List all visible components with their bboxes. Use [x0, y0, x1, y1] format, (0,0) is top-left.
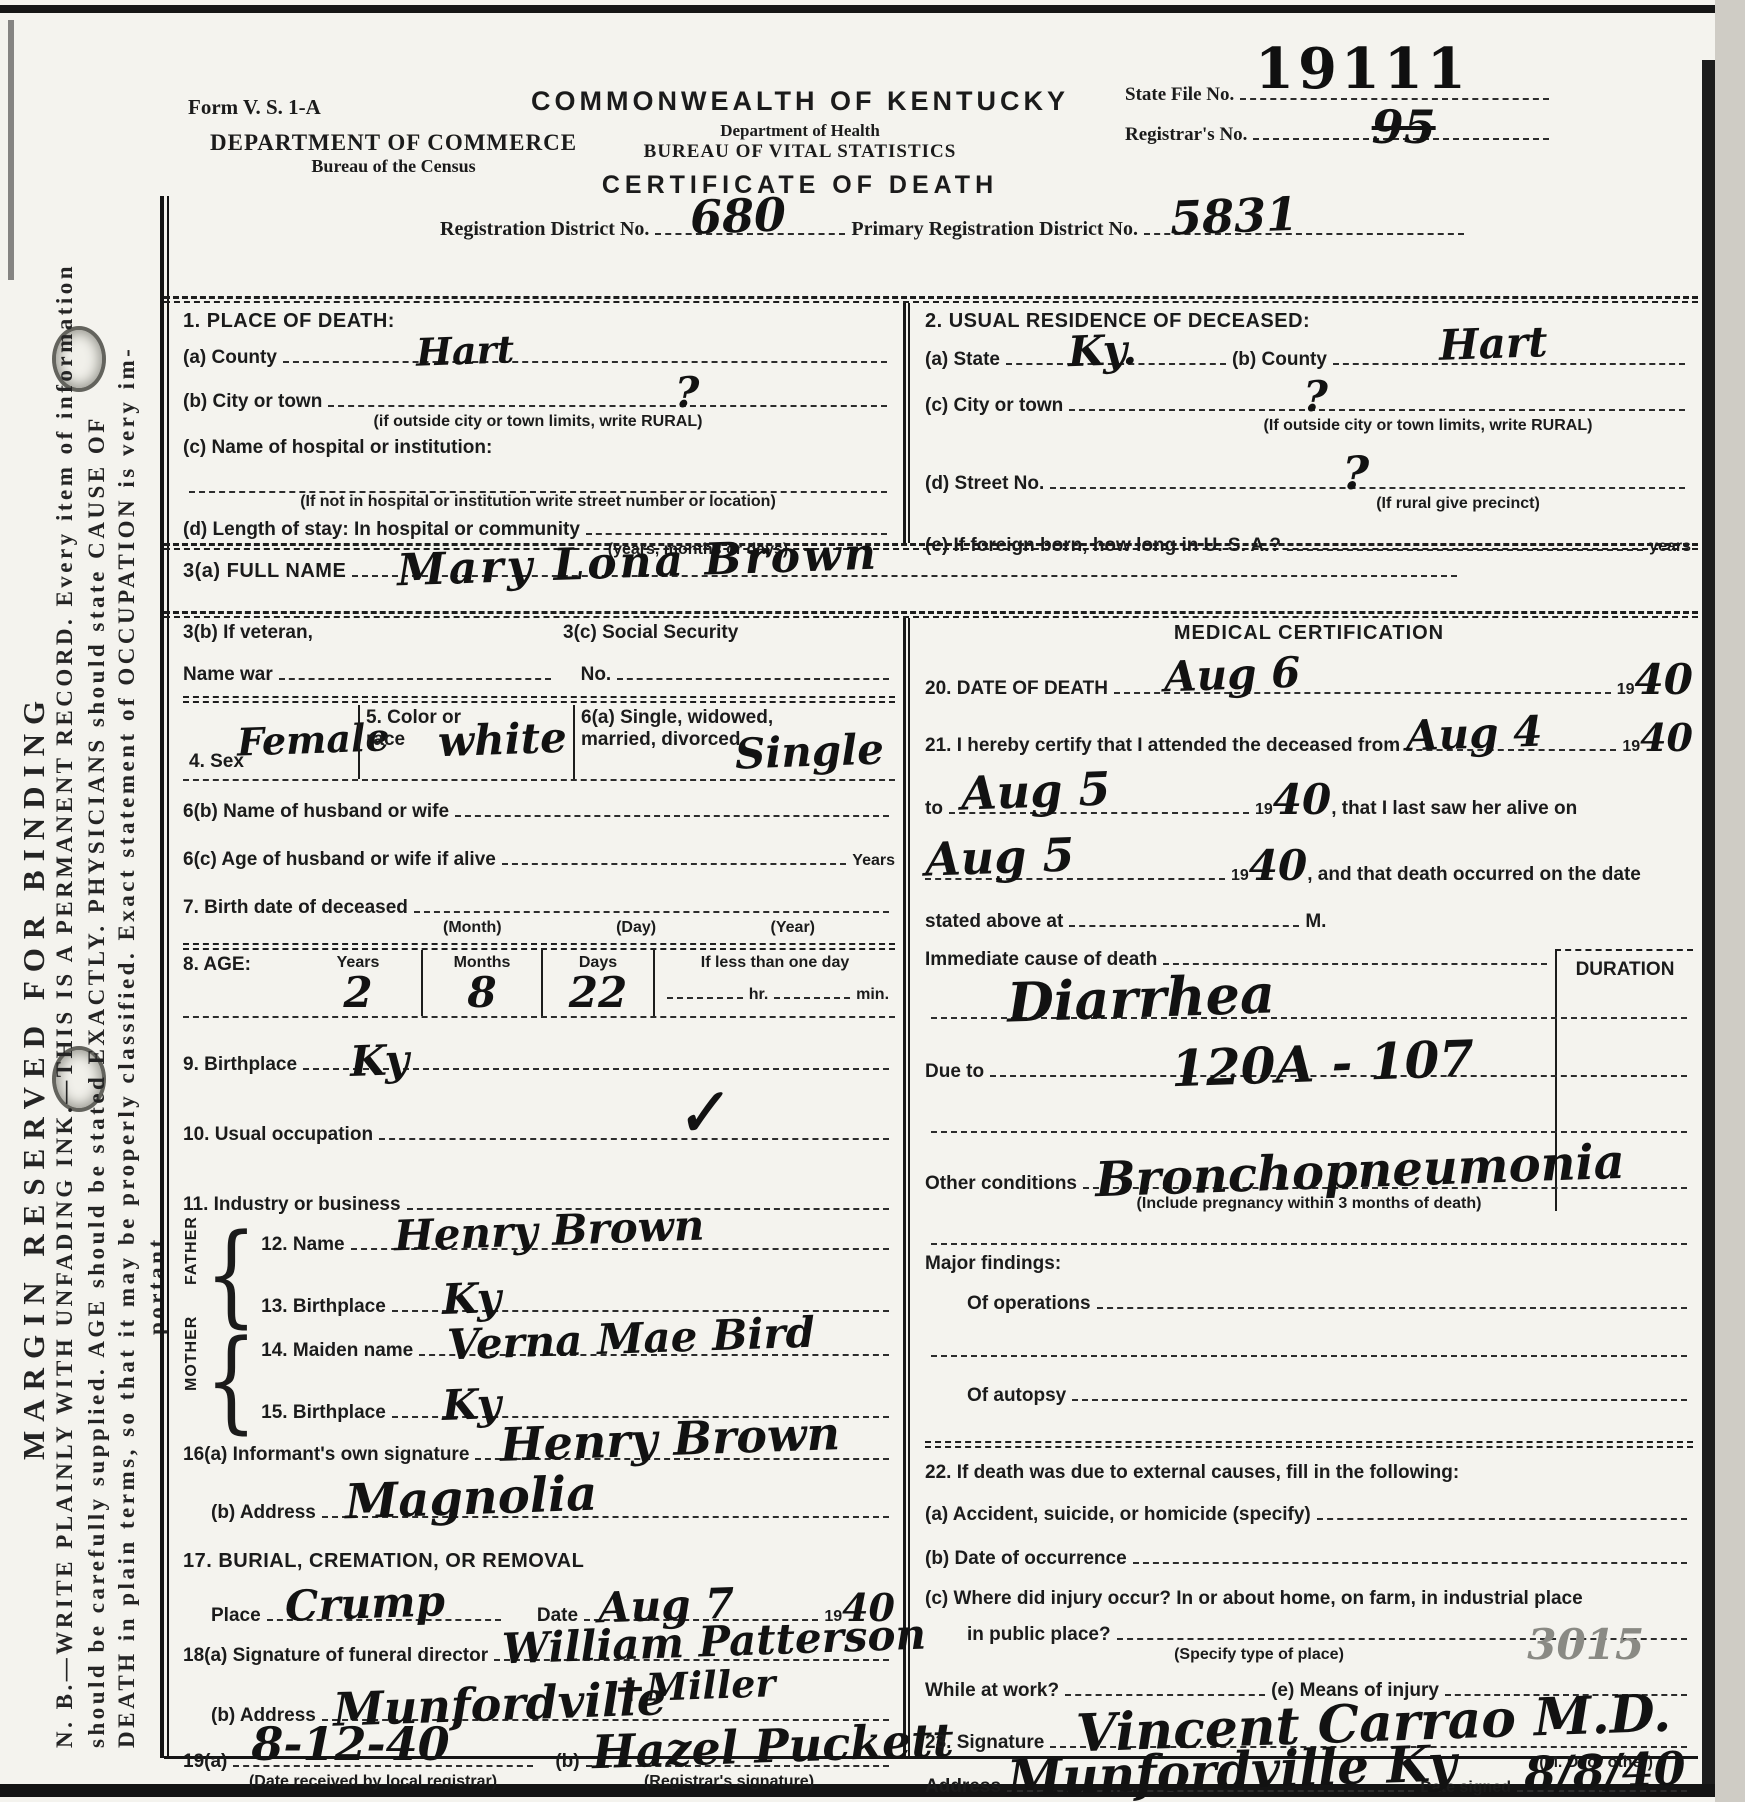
- spouse-age-line: [502, 860, 846, 865]
- residence-heading: 2. USUAL RESIDENCE OF DECEASED:: [925, 310, 1691, 333]
- other-conditions-label: Other conditions: [925, 1173, 1077, 1195]
- autopsy-line: [1072, 1396, 1687, 1401]
- seen-year-value: 40: [1249, 845, 1307, 887]
- mother-birthplace-value: Ky: [441, 1383, 501, 1427]
- burial-place-label: Place: [211, 1605, 261, 1627]
- birthplace-value: Ky: [349, 1039, 409, 1083]
- medical-heading: MEDICAL CERTIFICATION: [925, 622, 1693, 645]
- accident-label: (a) Accident, suicide, or homicide (spec…: [925, 1504, 1311, 1526]
- full-name-label: 3(a) FULL NAME: [183, 560, 346, 583]
- residence-street-note: (If rural give precinct): [1225, 495, 1691, 513]
- scan-left-smudge: [8, 20, 14, 280]
- age-row: 8. AGE: Years 2 Months 8 Days 22 If less…: [183, 950, 895, 1018]
- residence-foreign-label: (e) If foreign born, how long in U. S. A…: [925, 535, 1281, 557]
- residence-city-note: (If outside city or town limits, write R…: [1165, 417, 1691, 435]
- saw-alive-label: , that I last saw her alive on: [1331, 798, 1577, 820]
- registrar-captions-row: (Date received by local registrar) (Regi…: [183, 1773, 895, 1791]
- mother-birthplace-label: 15. Birthplace: [261, 1402, 386, 1424]
- date-of-death-label: 20. DATE OF DEATH: [925, 678, 1108, 700]
- margin-nb-line1: N. B.—WRITE PLAINLY WITH UNFADING INK.—T…: [52, 263, 78, 1748]
- age-label: 8. AGE:: [183, 950, 295, 1016]
- from-year-prefix: 19: [1622, 738, 1640, 756]
- veteran-war-label: Name war: [183, 664, 273, 686]
- pod-city-label: (b) City or town: [183, 391, 322, 413]
- residence-state-label: (a) State: [925, 349, 1000, 371]
- from-year-value: 40: [1640, 719, 1693, 757]
- residence-state-value: Ky.: [1067, 329, 1137, 373]
- father-side-label: FATHER: [183, 1267, 201, 1285]
- birthplace-line: Ky: [303, 1065, 889, 1070]
- date-signed-value: 8/8/40: [1523, 1745, 1686, 1797]
- received-line: 8-12-40: [233, 1762, 533, 1767]
- father-birthplace-line: Ky: [392, 1307, 889, 1312]
- birth-year-caption: (Year): [771, 919, 815, 937]
- operations-line2: [931, 1355, 1687, 1357]
- residence-state-line: Ky.: [1006, 360, 1226, 365]
- physician-address-value: Munfordville Ky: [1006, 1738, 1457, 1802]
- burial-heading: 17. BURIAL, CREMATION, OR REMOVAL: [183, 1550, 895, 1573]
- registrar-sig-value: Hazel Puckett: [591, 1717, 954, 1776]
- veteran-ssn-row: 3(b) If veteran, 3(c) Social Security: [183, 622, 895, 644]
- medical-section: MEDICAL CERTIFICATION 20. DATE OF DEATH …: [925, 622, 1693, 1798]
- margin-binding-note: MARGIN RESERVED FOR BINDING: [16, 692, 52, 1460]
- external-heading: 22. If death was due to external causes,…: [925, 1462, 1693, 1484]
- informant-address-label: (b) Address: [211, 1502, 316, 1524]
- received-label: 19(a): [183, 1751, 227, 1773]
- pod-city-line: ?: [328, 402, 887, 407]
- reg-district-line-fill: 680: [655, 230, 845, 235]
- father-group: FATHER { 12. Name Henry Brown 13. Birthp…: [183, 1234, 895, 1318]
- operations-row: Of operations: [925, 1293, 1693, 1315]
- birth-date-line: [414, 908, 889, 913]
- birth-date-captions: (Month) (Day) (Year): [183, 919, 895, 937]
- form-left-border: [160, 196, 169, 1758]
- age-less-label: If less than one day: [661, 954, 889, 972]
- pod-hospital-label: (c) Name of hospital or institution:: [183, 437, 492, 459]
- attended-to-row: to Aug 5 19 40 , that I last saw her ali…: [925, 779, 1693, 821]
- date-of-death-row: 20. DATE OF DEATH Aug 6 19 40: [925, 659, 1693, 701]
- funeral-director-row: 18(a) Signature of funeral director Will…: [183, 1645, 895, 1667]
- attended-to-line: Aug 5: [949, 809, 1249, 814]
- attended-from-line: Aug 4: [1406, 746, 1616, 751]
- registrar-no-value: 95: [1372, 104, 1436, 150]
- operations-line: [1097, 1304, 1687, 1309]
- margin-nb-line2: should be carefully supplied. AGE should…: [84, 415, 110, 1748]
- father-birthplace-value: Ky: [441, 1277, 501, 1321]
- rule-after-birthdate: [183, 943, 895, 950]
- form-number-text: Form V. S. 1-A: [188, 95, 321, 120]
- registrar-no-line: 95: [1253, 135, 1549, 140]
- usual-residence-section: 2. USUAL RESIDENCE OF DECEASED: (a) Stat…: [925, 310, 1691, 557]
- age-months-value: 8: [423, 972, 541, 1014]
- residence-street-label: (d) Street No.: [925, 473, 1044, 495]
- father-name-line: Henry Brown: [351, 1245, 889, 1250]
- pod-city-note: (if outside city or town limits, write R…: [183, 413, 893, 431]
- occupation-line: ✓: [379, 1135, 889, 1140]
- date-of-death-value: Aug 6: [1163, 652, 1301, 699]
- residence-street-line: ?: [1050, 484, 1685, 489]
- rule-before-external: [925, 1441, 1693, 1448]
- public-place-label: in public place?: [967, 1624, 1111, 1646]
- certify-label: 21. I hereby certify that I attended the…: [925, 735, 1400, 757]
- residence-street-value: ?: [1342, 450, 1369, 496]
- state-file-number-stamp: 19111: [1255, 36, 1470, 102]
- autopsy-row: Of autopsy: [925, 1385, 1693, 1407]
- funeral-director-line: William Patterson: [494, 1656, 889, 1661]
- sex-cell: 4. Sex Female: [183, 705, 358, 779]
- father-name-value: Henry Brown: [393, 1205, 705, 1258]
- last-seen-value: Aug 5: [924, 831, 1075, 882]
- father-brace: {: [205, 1221, 257, 1332]
- age-years-value: 2: [295, 972, 421, 1014]
- residence-county-value: Hart: [1438, 321, 1548, 367]
- residence-foreign-line: [1287, 546, 1643, 551]
- means-code-value: 3015: [1527, 1624, 1644, 1666]
- primary-district-value: 5831: [1169, 191, 1299, 241]
- physician-address-row: Address Munfordville Ky Date signed 8/8/…: [925, 1776, 1693, 1798]
- burial-place-line: Crump: [267, 1616, 501, 1621]
- date-signed-line: 8/8/40: [1517, 1787, 1687, 1792]
- name-war-row: Name war No.: [183, 664, 895, 686]
- personal-section: 3(b) If veteran, 3(c) Social Security Na…: [183, 622, 895, 1791]
- mother-side-label: MOTHER: [183, 1373, 201, 1391]
- spouse-row: 6(b) Name of husband or wife: [183, 801, 895, 823]
- birth-day-caption: (Day): [616, 919, 656, 937]
- reg-district-label: Registration District No.: [440, 218, 649, 241]
- duration-label: DURATION: [1557, 959, 1693, 981]
- birth-date-row: 7. Birth date of deceased: [183, 897, 895, 919]
- primary-district-label: Primary Registration District No.: [851, 218, 1138, 241]
- accident-row: (a) Accident, suicide, or homicide (spec…: [925, 1504, 1693, 1526]
- birth-date-label: 7. Birth date of deceased: [183, 897, 408, 919]
- spouse-age-label: 6(c) Age of husband or wife if alive: [183, 849, 496, 871]
- age-hr-line: [667, 994, 743, 999]
- seen-year-prefix: 19: [1231, 867, 1249, 885]
- burial-place-value: Crump: [285, 1580, 446, 1628]
- informant-signature-row: 16(a) Informant's own signature Henry Br…: [183, 1444, 895, 1466]
- stated-line: [1069, 922, 1299, 927]
- age-days-cell: Days 22: [543, 950, 655, 1016]
- residence-city-label: (c) City or town: [925, 395, 1063, 417]
- dept-health: Department of Health: [520, 121, 1080, 141]
- stated-above-row: stated above at M.: [925, 911, 1693, 933]
- pod-hospital-note: (If not in hospital or institution write…: [183, 493, 893, 511]
- registrar-no-label: Registrar's No.: [1125, 124, 1247, 146]
- marital-value: Single: [734, 728, 884, 775]
- stated-m-label: M.: [1305, 911, 1326, 933]
- received-date-value: 8-12-40: [251, 1721, 449, 1767]
- place-of-death-heading: 1. PLACE OF DEATH:: [183, 310, 893, 333]
- place-of-death-section: 1. PLACE OF DEATH: (a) County Hart (b) C…: [183, 310, 893, 559]
- spouse-age-unit: Years: [852, 852, 895, 870]
- age-hr-label: hr.: [749, 986, 769, 1004]
- to-year-prefix: 19: [1255, 801, 1273, 819]
- received-note: (Date received by local registrar): [183, 1773, 563, 1791]
- operations-label: Of operations: [967, 1293, 1091, 1315]
- residence-city-line: ?: [1069, 406, 1685, 411]
- mother-name-row: 14. Maiden name Verna Mae Bird: [261, 1340, 895, 1362]
- column-divider-top: [903, 303, 910, 543]
- certificate-title: CERTIFICATE OF DEATH: [520, 171, 1080, 200]
- informant-signature-line: Henry Brown: [475, 1455, 889, 1460]
- where-injury-label: (c) Where did injury occur? In or about …: [925, 1588, 1693, 1610]
- sex-race-marital-row: 4. Sex Female 5. Color or race white 6(a…: [183, 705, 895, 781]
- due-to-code-value: 120A - 107: [1171, 1034, 1476, 1095]
- occupation-row: 10. Usual occupation ✓: [183, 1124, 895, 1146]
- age-min-label: min.: [856, 986, 889, 1004]
- occupation-check-mark: ✓: [671, 1081, 729, 1147]
- full-name-line: Mary Lona Brown: [352, 572, 1457, 577]
- column-divider-bottom: [903, 618, 910, 1756]
- certify-row: 21. I hereby certify that I attended the…: [925, 719, 1693, 757]
- physician-address-label: Address: [925, 1776, 1001, 1798]
- dod-year-prefix: 19: [1617, 681, 1635, 699]
- race-value: white: [437, 717, 567, 763]
- last-seen-line: Aug 5: [925, 875, 1225, 880]
- informant-address-row: (b) Address Magnolia: [183, 1502, 895, 1524]
- mother-name-line: Verna Mae Bird: [419, 1351, 889, 1356]
- pod-hospital-line: [189, 491, 887, 493]
- major-findings-label: Major findings:: [925, 1253, 1693, 1275]
- due-to-line2: [931, 1131, 1687, 1133]
- veteran-war-line: [279, 675, 551, 680]
- public-place-line: 3015: [1117, 1635, 1687, 1640]
- due-to-label: Due to: [925, 1061, 984, 1083]
- death-occurred-label: , and that death occurred on the date: [1307, 864, 1641, 886]
- public-place-note: (Specify type of place): [1045, 1646, 1473, 1664]
- age-hr-line2: [774, 994, 850, 999]
- residence-county-line: Hart: [1333, 360, 1685, 365]
- while-at-work-line: [1065, 1691, 1265, 1696]
- informant-signature-value: Henry Brown: [500, 1410, 841, 1468]
- full-name-row: 3(a) FULL NAME Mary Lona Brown: [183, 560, 1463, 583]
- birth-month-caption: (Month): [443, 919, 502, 937]
- informant-address-line: Magnolia: [322, 1513, 889, 1518]
- spouse-line: [455, 812, 889, 817]
- birthplace-row: 9. Birthplace Ky: [183, 1054, 895, 1076]
- bureau-vital-statistics: BUREAU OF VITAL STATISTICS: [520, 141, 1080, 163]
- mother-name-label: 14. Maiden name: [261, 1340, 413, 1362]
- father-name-row: 12. Name Henry Brown: [261, 1234, 895, 1256]
- death-certificate-scan: MARGIN RESERVED FOR BINDING N. B.—WRITE …: [0, 0, 1745, 1802]
- age-less-cell: If less than one day hr. min.: [655, 950, 895, 1016]
- primary-district-line-fill: 5831: [1144, 230, 1464, 235]
- attended-from-value: Aug 4: [1405, 711, 1543, 758]
- to-label: to: [925, 798, 943, 820]
- commonwealth-title: COMMONWEALTH OF KENTUCKY: [520, 86, 1080, 117]
- cause-line2: Diarrhea: [931, 1017, 1687, 1019]
- mother-name-value: Verna Mae Bird: [447, 1312, 816, 1367]
- funeral-director-label: 18(a) Signature of funeral director: [183, 1645, 488, 1667]
- file-numbers: 19111 State File No. Registrar's No. 95: [1125, 84, 1555, 146]
- birthplace-label: 9. Birthplace: [183, 1054, 297, 1076]
- residence-foreign-unit: years: [1649, 538, 1691, 556]
- date-of-death-line: Aug 6: [1114, 689, 1611, 694]
- while-at-work-label: While at work?: [925, 1680, 1059, 1702]
- other-conditions-line: Bronchopneumonia: [1083, 1184, 1687, 1189]
- pod-stay-label: (d) Length of stay: In hospital or commu…: [183, 519, 580, 541]
- father-birthplace-label: 13. Birthplace: [261, 1296, 386, 1318]
- ssn-no-label: No.: [581, 664, 612, 686]
- age-months-cell: Months 8: [423, 950, 543, 1016]
- public-place-row: in public place? 3015: [925, 1624, 1693, 1646]
- last-seen-row: Aug 5 19 40 , and that death occurred on…: [925, 845, 1693, 887]
- scan-edge-top: [0, 5, 1745, 13]
- rule-below-fullname: [164, 611, 1698, 618]
- form-number: Form V. S. 1-A: [188, 95, 321, 120]
- occurrence-row: (b) Date of occurrence: [925, 1548, 1693, 1570]
- state-file-label: State File No.: [1125, 84, 1234, 106]
- age-days-value: 22: [543, 972, 653, 1014]
- pod-city-value: ?: [675, 372, 700, 414]
- registration-district-line: Registration District No. 680 Primary Re…: [440, 218, 1470, 241]
- ssn-label: 3(c) Social Security: [563, 622, 738, 644]
- immediate-cause-value: Diarrhea: [1006, 966, 1276, 1029]
- certificate-header: COMMONWEALTH OF KENTUCKY Department of H…: [520, 86, 1080, 200]
- margin-nb-line3: DEATH in plain terms, so that it may be …: [114, 346, 140, 1748]
- age-years-cell: Years 2: [295, 950, 423, 1016]
- reg-district-value: 680: [689, 191, 787, 240]
- registrar-sig-line: Hazel Puckett: [586, 1762, 889, 1767]
- informant-address-value: Magnolia: [344, 1470, 598, 1527]
- scan-right-shade: [1715, 0, 1745, 1802]
- rule-after-veteran: [183, 696, 895, 703]
- marital-cell: 6(a) Single, widowed, married, divorced …: [573, 705, 895, 779]
- registrar-sig-label: (b): [555, 1751, 579, 1773]
- sex-label: 4. Sex: [189, 751, 244, 773]
- findings-top-line: [931, 1243, 1687, 1245]
- accident-line: [1317, 1515, 1687, 1520]
- spouse-label: 6(b) Name of husband or wife: [183, 801, 449, 823]
- cause-of-death-block: DURATION Immediate cause of death Diarrh…: [925, 949, 1693, 1213]
- rule-under-header: [164, 296, 1698, 303]
- attended-to-value: Aug 5: [960, 765, 1111, 816]
- to-year-value: 40: [1273, 779, 1331, 821]
- residence-county-label: (b) County: [1232, 349, 1327, 371]
- dod-year-value: 40: [1635, 659, 1693, 701]
- occupation-label: 10. Usual occupation: [183, 1124, 373, 1146]
- father-name-label: 12. Name: [261, 1234, 344, 1256]
- ssn-no-line: [617, 675, 889, 680]
- physician-address-line: Munfordville Ky: [1007, 1787, 1414, 1792]
- residence-city-value: ?: [1303, 376, 1328, 418]
- race-cell: 5. Color or race white: [358, 705, 573, 779]
- due-to-line: 120A - 107: [990, 1072, 1687, 1077]
- registrar-received-row: 19(a) 8-12-40 (b) Hazel Puckett: [183, 1751, 895, 1773]
- scan-edge-right: [1702, 60, 1715, 1784]
- pod-county-value: Hart: [415, 330, 514, 371]
- pod-county-line: Hart: [283, 358, 887, 363]
- occurrence-line: [1133, 1559, 1687, 1564]
- pod-county-label: (a) County: [183, 347, 277, 369]
- spouse-age-row: 6(c) Age of husband or wife if alive Yea…: [183, 849, 895, 871]
- informant-signature-label: 16(a) Informant's own signature: [183, 1444, 469, 1466]
- occurrence-label: (b) Date of occurrence: [925, 1548, 1127, 1570]
- mother-brace: {: [205, 1327, 257, 1438]
- veteran-label: 3(b) If veteran,: [183, 622, 563, 644]
- stated-label: stated above at: [925, 911, 1063, 933]
- autopsy-label: Of autopsy: [967, 1385, 1066, 1407]
